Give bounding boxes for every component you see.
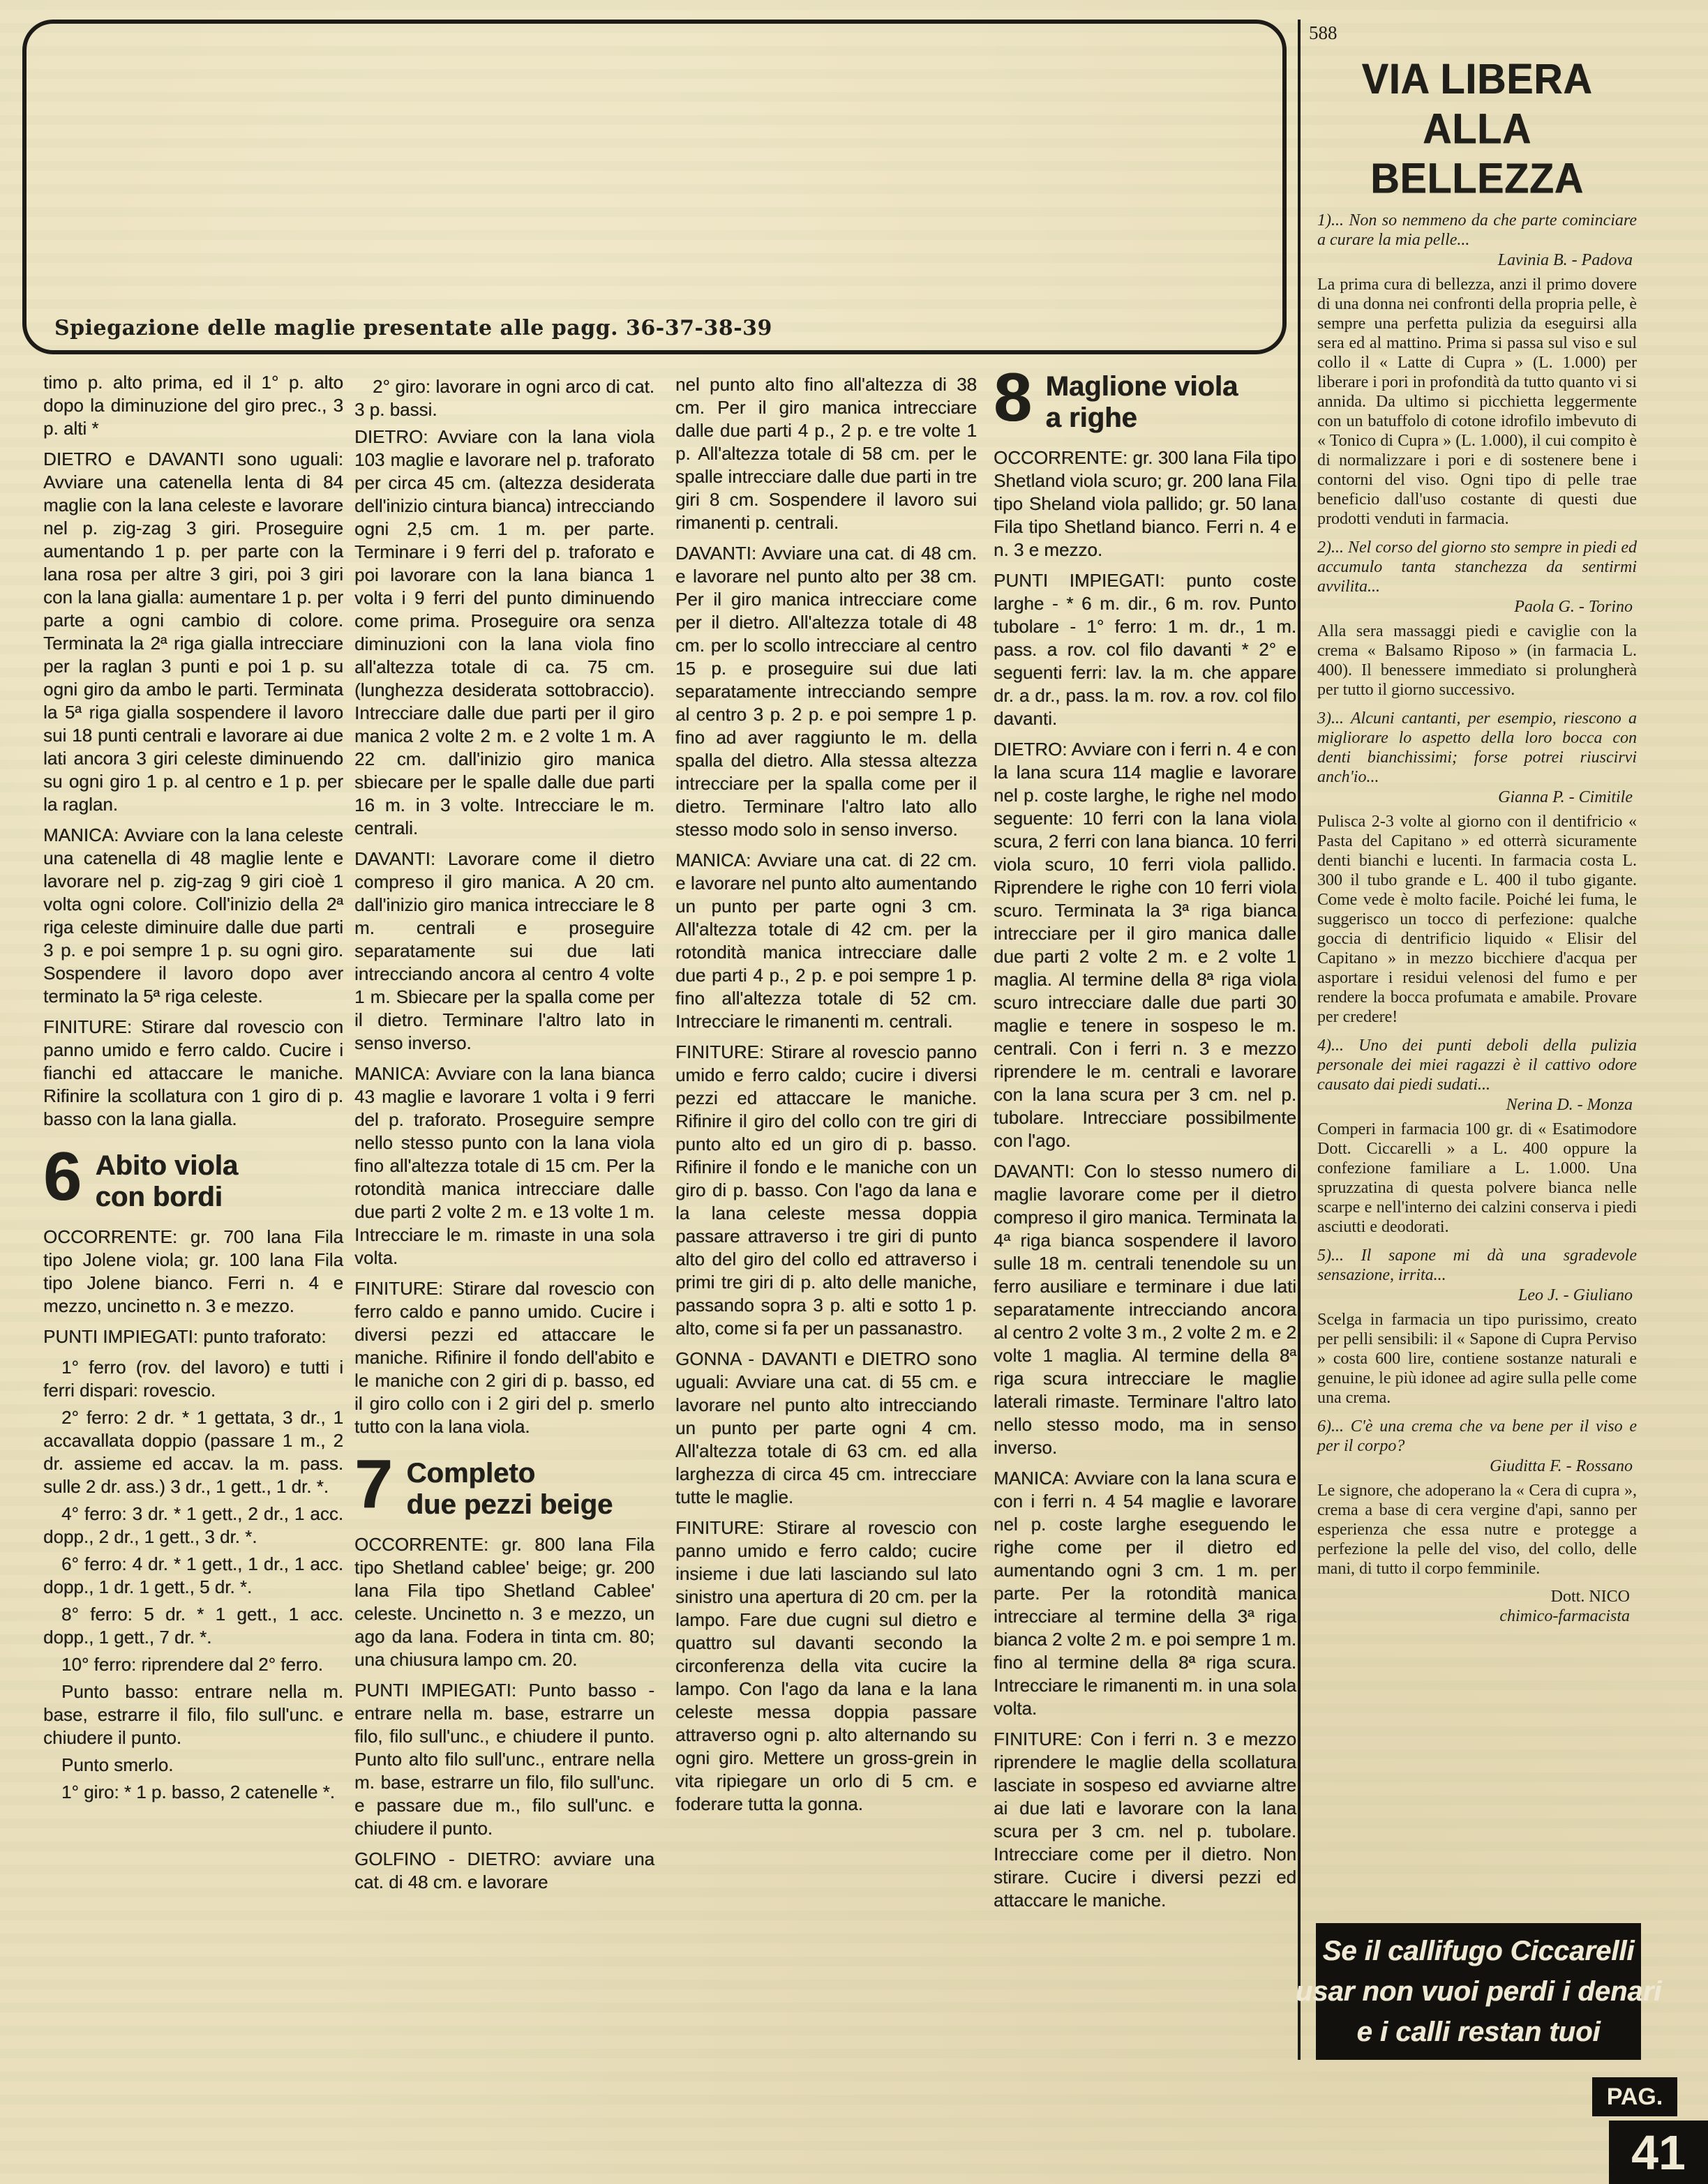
paragraph: 4° ferro: 3 dr. * 1 gett., 2 dr., 1 acc.… — [43, 1503, 343, 1549]
paragraph: PUNTI IMPIEGATI: Punto basso - entrare n… — [354, 1679, 654, 1840]
beauty-advice-column: VIA LIBERA ALLA BELLEZZA 1)... Non so ne… — [1317, 54, 1637, 1626]
paragraph: GOLFINO - DIETRO: avviare una cat. di 48… — [354, 1848, 654, 1894]
section-heading-8: 8 Maglione viola a righe — [994, 368, 1296, 434]
paragraph: OCCORRENTE: gr. 800 lana Fila tipo Shetl… — [354, 1533, 654, 1671]
beauty-column-title: VIA LIBERA ALLA BELLEZZA — [1317, 54, 1637, 204]
paragraph: Punto basso: entrare nella m. base, estr… — [43, 1680, 343, 1749]
paragraph: 1° giro: * 1 p. basso, 2 catenelle *. — [43, 1781, 343, 1804]
paragraph: 8° ferro: 5 dr. * 1 gett., 1 acc. dopp.,… — [43, 1603, 343, 1649]
paragraph: MANICA: Avviare con la lana bianca 43 ma… — [354, 1062, 654, 1270]
knitting-column-3: nel punto alto fino all'altezza di 38 cm… — [675, 373, 977, 1823]
magazine-page: Spiegazione delle maglie presentate alle… — [0, 0, 1708, 2184]
section-heading-7: 7 Completo due pezzi beige — [354, 1455, 654, 1521]
columnist-signature: Dott. NICO chimico-farmacista — [1317, 1587, 1637, 1626]
reader-signature: Leo J. - Giuliano — [1317, 1286, 1637, 1305]
paragraph: GONNA - DAVANTI e DIETRO sono uguali: Av… — [675, 1348, 977, 1509]
reader-question: 4)... Uno dei punti deboli della pulizia… — [1317, 1036, 1637, 1094]
frame-caption: Spiegazione delle maglie presentate alle… — [54, 316, 772, 340]
knitting-column-1: timo p. alto prima, ed il 1° p. alto dop… — [43, 371, 343, 1808]
ad-line: Se il callifugo Ciccarelli — [1323, 1931, 1635, 1971]
section-heading-6: 6 Abito viola con bordi — [43, 1147, 343, 1213]
reader-signature: Giuditta F. - Rossano — [1317, 1456, 1637, 1476]
expert-answer: Le signore, che adoperano la « Cera di c… — [1317, 1481, 1637, 1579]
photo-frame-box: Spiegazione delle maglie presentate alle… — [22, 20, 1287, 354]
page-label-box: PAG. — [1592, 2077, 1677, 2116]
knitting-column-2: 2° giro: lavorare in ogni arco di cat. 3… — [354, 375, 654, 1901]
section-number: 8 — [994, 368, 1032, 426]
knitting-column-4: 8 Maglione viola a righe OCCORRENTE: gr.… — [994, 368, 1296, 1920]
paragraph: MANICA: Avviare con la lana scura e con … — [994, 1467, 1296, 1720]
paragraph: nel punto alto fino all'altezza di 38 cm… — [675, 373, 977, 534]
reader-question: 5)... Il sapone mi dà una sgradevole sen… — [1317, 1246, 1637, 1285]
expert-answer: Alla sera massaggi piedi e caviglie con … — [1317, 622, 1637, 700]
paragraph: DAVANTI: Lavorare come il dietro compres… — [354, 848, 654, 1055]
section-number: 6 — [43, 1147, 82, 1205]
paragraph: timo p. alto prima, ed il 1° p. alto dop… — [43, 371, 343, 440]
paragraph: DIETRO e DAVANTI sono uguali: Avviare un… — [43, 448, 343, 816]
expert-answer: Comperi in farmacia 100 gr. di « Esatimo… — [1317, 1120, 1637, 1237]
reader-signature: Lavinia B. - Padova — [1317, 250, 1637, 270]
reader-question: 6)... C'è una crema che va bene per il v… — [1317, 1417, 1637, 1456]
paragraph: MANICA: Avviare con la lana celeste una … — [43, 824, 343, 1008]
section-title: Completo due pezzi beige — [407, 1455, 613, 1521]
reader-signature: Nerina D. - Monza — [1317, 1095, 1637, 1115]
vertical-divider — [1298, 20, 1301, 2060]
expert-answer: La prima cura di bellezza, anzi il primo… — [1317, 275, 1637, 529]
paragraph: FINITURE: Stirare dal rovescio con ferro… — [354, 1277, 654, 1438]
section-title: Abito viola con bordi — [96, 1147, 238, 1213]
expert-answer: Scelga in farmacia un tipo purissimo, cr… — [1317, 1310, 1637, 1408]
paragraph: DIETRO: Avviare con la lana viola 103 ma… — [354, 425, 654, 840]
paragraph: FINITURE: Con i ferri n. 3 e mezzo ripre… — [994, 1728, 1296, 1912]
paragraph: 1° ferro (rov. del lavoro) e tutti i fer… — [43, 1356, 343, 1402]
section-number: 7 — [354, 1455, 393, 1513]
reader-signature: Gianna P. - Cimitile — [1317, 788, 1637, 807]
page-number-box: 41 — [1609, 2121, 1708, 2184]
paragraph: FINITURE: Stirare al rovescio panno umid… — [675, 1041, 977, 1340]
paragraph: MANICA: Avviare una cat. di 22 cm. e lav… — [675, 849, 977, 1033]
paragraph: 6° ferro: 4 dr. * 1 gett., 1 dr., 1 acc.… — [43, 1553, 343, 1599]
ciccarelli-ad: Se il callifugo Ciccarelli usar non vuoi… — [1316, 1923, 1641, 2060]
paragraph: DAVANTI: Con lo stesso numero di maglie … — [994, 1160, 1296, 1459]
paragraph: DIETRO: Avviare con i ferri n. 4 e con l… — [994, 738, 1296, 1152]
paragraph: FINITURE: Stirare dal rovescio con panno… — [43, 1016, 343, 1131]
paragraph: 2° giro: lavorare in ogni arco di cat. 3… — [354, 375, 654, 421]
paragraph: PUNTI IMPIEGATI: punto traforato: — [43, 1325, 343, 1348]
paragraph: 10° ferro: riprendere dal 2° ferro. — [43, 1653, 343, 1676]
reader-question: 1)... Non so nemmeno da che parte cominc… — [1317, 211, 1637, 250]
expert-answer: Pulisca 2-3 volte al giorno con il denti… — [1317, 812, 1637, 1027]
reader-signature: Paola G. - Torino — [1317, 597, 1637, 617]
paragraph: OCCORRENTE: gr. 300 lana Fila tipo Shetl… — [994, 446, 1296, 562]
paragraph: OCCORRENTE: gr. 700 lana Fila tipo Jolen… — [43, 1226, 343, 1318]
paragraph: 2° ferro: 2 dr. * 1 gettata, 3 dr., 1 ac… — [43, 1406, 343, 1498]
section-title: Maglione viola a righe — [1046, 368, 1238, 434]
reader-question: 2)... Nel corso del giorno sto sempre in… — [1317, 538, 1637, 596]
paragraph: DAVANTI: Avviare una cat. di 48 cm. e la… — [675, 542, 977, 841]
paragraph: PUNTI IMPIEGATI: punto coste larghe - * … — [994, 569, 1296, 730]
paragraph: FINITURE: Stirare al rovescio con panno … — [675, 1516, 977, 1816]
ad-line: e i calli restan tuoi — [1356, 2012, 1600, 2051]
paragraph: Punto smerlo. — [43, 1754, 343, 1777]
reader-question: 3)... Alcuni cantanti, per esempio, ries… — [1317, 709, 1637, 787]
folio-number: 588 — [1309, 22, 1338, 44]
ad-line: usar non vuoi perdi i denari — [1296, 1972, 1662, 2011]
